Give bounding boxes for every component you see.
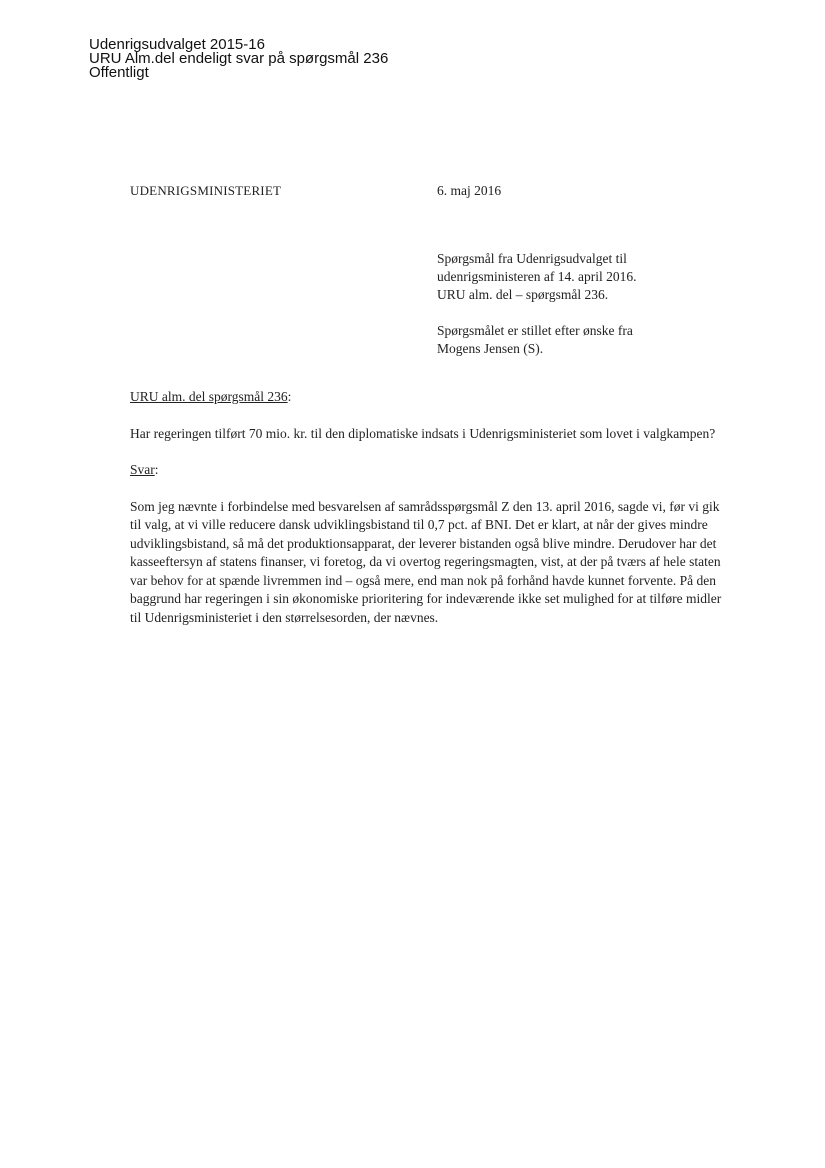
document-stamp: Udenrigsudvalget 2015-16 URU Alm.del end… — [89, 38, 388, 80]
letter-body: URU alm. del spørgsmål 236: Har regering… — [130, 388, 730, 645]
letter-date: 6. maj 2016 — [437, 183, 501, 199]
question-heading: URU alm. del spørgsmål 236: — [130, 388, 730, 407]
answer-text: Som jeg nævnte i forbindelse med besvare… — [130, 498, 730, 628]
organization-name: UDENRIGSMINISTERIET — [130, 183, 281, 199]
reference-question-info: Spørgsmål fra Udenrigsudvalget til udenr… — [437, 250, 737, 304]
reference-block: Spørgsmål fra Udenrigsudvalget til udenr… — [437, 250, 737, 376]
stamp-visibility: Offentligt — [89, 66, 388, 80]
reference-requester: Spørgsmålet er stillet efter ønske fra M… — [437, 322, 737, 358]
answer-heading: Svar: — [130, 461, 730, 480]
question-text: Har regeringen tilført 70 mio. kr. til d… — [130, 425, 730, 444]
